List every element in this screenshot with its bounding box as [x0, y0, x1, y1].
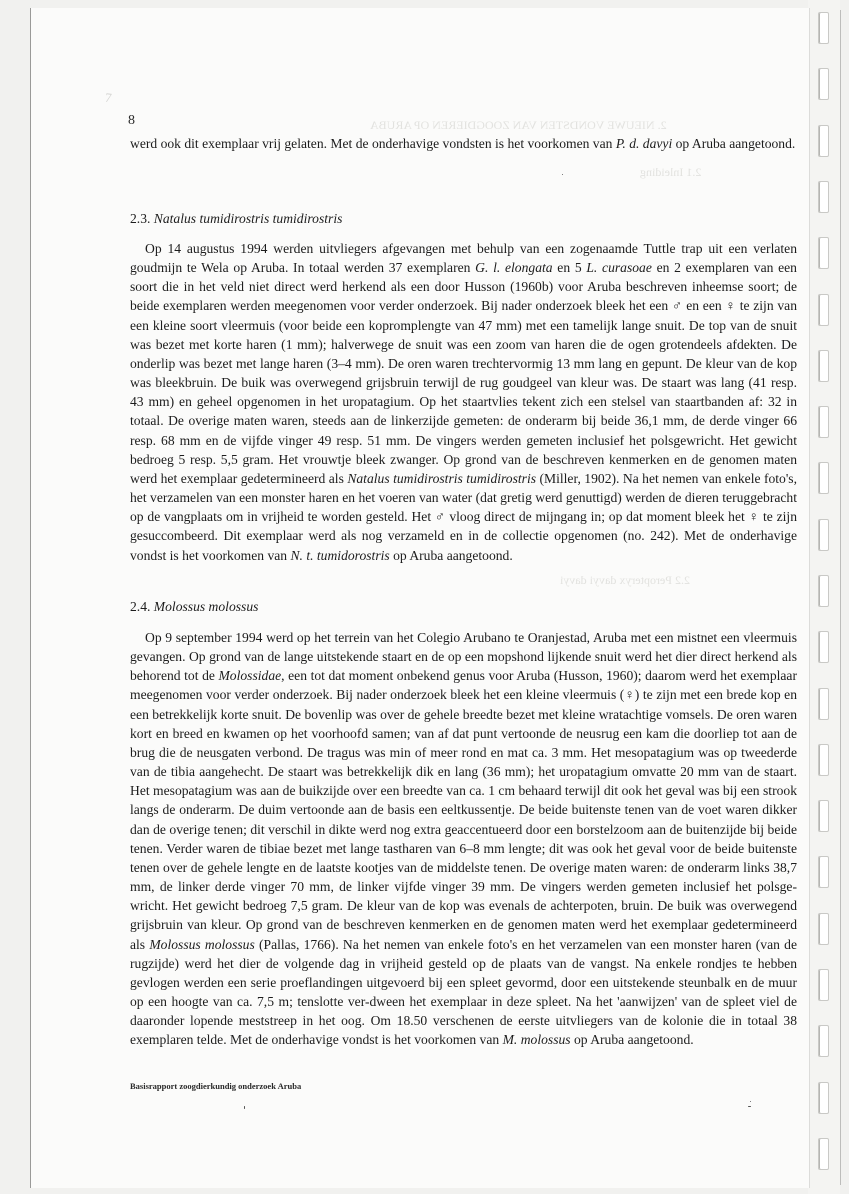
page-number: 8 [128, 113, 135, 129]
section-2-4-paragraph: Op 9 september 1994 werd op het terrein … [130, 628, 797, 1049]
italic-species-name: N. t. tumidorostris [290, 548, 389, 563]
binding-hole [818, 237, 829, 269]
binding-hole [818, 800, 829, 832]
bleed-through-subheading-2: 2.2 Peropteryx davyi davyi [560, 573, 690, 588]
speck [748, 1106, 751, 1107]
binding-hole [818, 969, 829, 1001]
binding-hole [818, 406, 829, 438]
binding-hole [818, 1025, 829, 1057]
binding-hole [818, 350, 829, 382]
binding-hole [818, 688, 829, 720]
paragraph-text: en 5 [553, 260, 587, 275]
section-number: 2.4. [130, 599, 150, 614]
italic-species-name: G. l. elongata [475, 260, 552, 275]
paragraph-text: op Aruba aangetoond. [571, 1032, 694, 1047]
page-edge [840, 10, 841, 1185]
binding-hole [818, 294, 829, 326]
binding-hole [818, 1138, 829, 1170]
paragraph-text: (Pallas, 1766). Na het nemen van enkele … [130, 937, 797, 1048]
section-heading-2-4: 2.4. Molossus molossus [130, 599, 258, 615]
intro-paragraph: werd ook dit exemplaar vrij gelaten. Met… [130, 134, 797, 153]
paragraph-text: op Aruba aangetoond. [390, 548, 513, 563]
binding-hole [818, 462, 829, 494]
section-number: 2.3. [130, 211, 150, 226]
footer-text: Basisrapport zoogdierkundig onderzoek Ar… [130, 1081, 301, 1091]
binding-hole [818, 1082, 829, 1114]
binding-hole [818, 12, 829, 44]
binding-hole [818, 913, 829, 945]
intro-text-end: op Aruba aangetoond. [672, 136, 795, 151]
binding-hole [818, 856, 829, 888]
paragraph-text: en 2 exemplaren van een soort die in het… [130, 260, 797, 486]
italic-species-name: Molossus molossus [149, 937, 254, 952]
speck [750, 1101, 751, 1102]
binding-hole [818, 68, 829, 100]
bleed-through-heading: 2. NIEUWE VONDSTEN VAN ZOOGDIEREN OP ARU… [370, 118, 667, 133]
speck [562, 174, 563, 175]
binding-hole [818, 631, 829, 663]
section-heading-2-3: 2.3. Natalus tumidirostris tumidirostris [130, 211, 342, 227]
intro-text: werd ook dit exemplaar vrij gelaten. Met… [130, 136, 616, 151]
section-title: Natalus tumidirostris tumidirostris [154, 211, 343, 226]
italic-species-name: Natalus tumidirostris tumidirostris [347, 471, 536, 486]
italic-species-name: M. molossus [503, 1032, 571, 1047]
bleed-through-subheading: 2.1 Inleiding [640, 165, 701, 180]
italic-species-name: L. curasoae [586, 260, 652, 275]
section-title: Molossus molossus [154, 599, 259, 614]
italic-species-name: Molossidae [218, 668, 281, 683]
binding-hole [818, 575, 829, 607]
species-name: P. d. davyi [616, 136, 672, 151]
speck [244, 1106, 245, 1109]
paragraph-text: , een tot dat moment onbekend genus voor… [130, 668, 797, 951]
section-2-3-paragraph: Op 14 augustus 1994 werden uitvliegers a… [130, 239, 797, 565]
binding-hole [818, 744, 829, 776]
binding-hole [818, 519, 829, 551]
binding-hole [818, 125, 829, 157]
binding-hole [818, 181, 829, 213]
